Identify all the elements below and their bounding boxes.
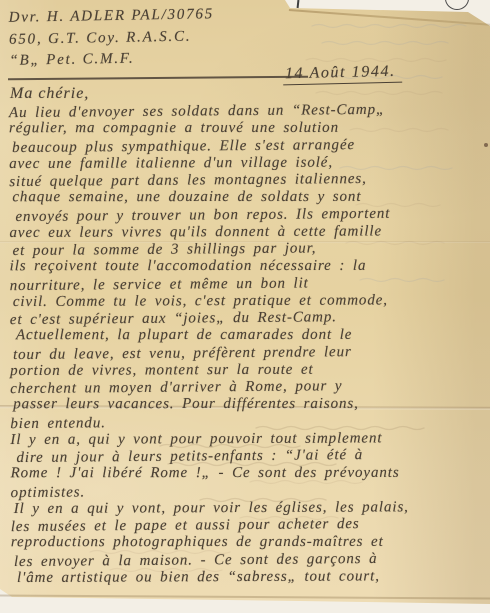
- handwritten-line: chaque semaine, une douzaine de soldats …: [12, 189, 485, 207]
- pen-tick-mark: [297, 0, 300, 8]
- handwritten-line: envoyés pour y trouver un bon repos. Ils…: [15, 204, 485, 225]
- handwritten-line: tour du leave, est venu, préfèrent prend…: [13, 342, 486, 363]
- handwritten-line: reproductions photographiques de grands-…: [11, 534, 487, 552]
- scanned-letter: Dvr. H. ADLER PAL/30765 650, G.T. Coy. R…: [0, 0, 490, 613]
- handwritten-line: régulier, ma compagnie a trouvé une solu…: [9, 120, 485, 138]
- handwritten-line: bien entendu.: [10, 411, 486, 432]
- handwritten-line: Rome ! J'ai libéré Rome !„ - Ce sont des…: [11, 465, 487, 483]
- handwritten-line: nourriture, le service et même un bon li…: [10, 273, 486, 294]
- handwritten-line: beaucoup plus sympathique. Elle s'est ar…: [12, 135, 485, 156]
- handwritten-line: ils reçoivent toute l'accomodation néces…: [10, 258, 486, 276]
- salutation: Ma chérie,: [10, 85, 89, 103]
- handwritten-line: Actuellement, la plupart de camarades do…: [16, 327, 486, 345]
- sender-address-block: Dvr. H. ADLER PAL/30765 650, G.T. Coy. R…: [8, 4, 215, 72]
- letter-body: Au lieu d'envoyer ses soldats dans un “R…: [9, 102, 487, 587]
- sender-address-line-2: 650, G.T. Coy. R.A.S.C.: [9, 26, 215, 51]
- circled-mark-previous-page: [445, 0, 469, 10]
- handwritten-line: les envoyer à la maison. - Ce sont des g…: [14, 549, 487, 570]
- sender-address-line-1: Dvr. H. ADLER PAL/30765: [8, 4, 214, 29]
- sender-address-line-3: “B„ Pet. C.M.F.: [9, 47, 215, 72]
- letter-date: 14 Août 1944.: [283, 63, 402, 86]
- handwritten-line: optimistes.: [11, 480, 487, 501]
- handwritten-line: passer leurs vacances. Pour différentes …: [13, 396, 486, 414]
